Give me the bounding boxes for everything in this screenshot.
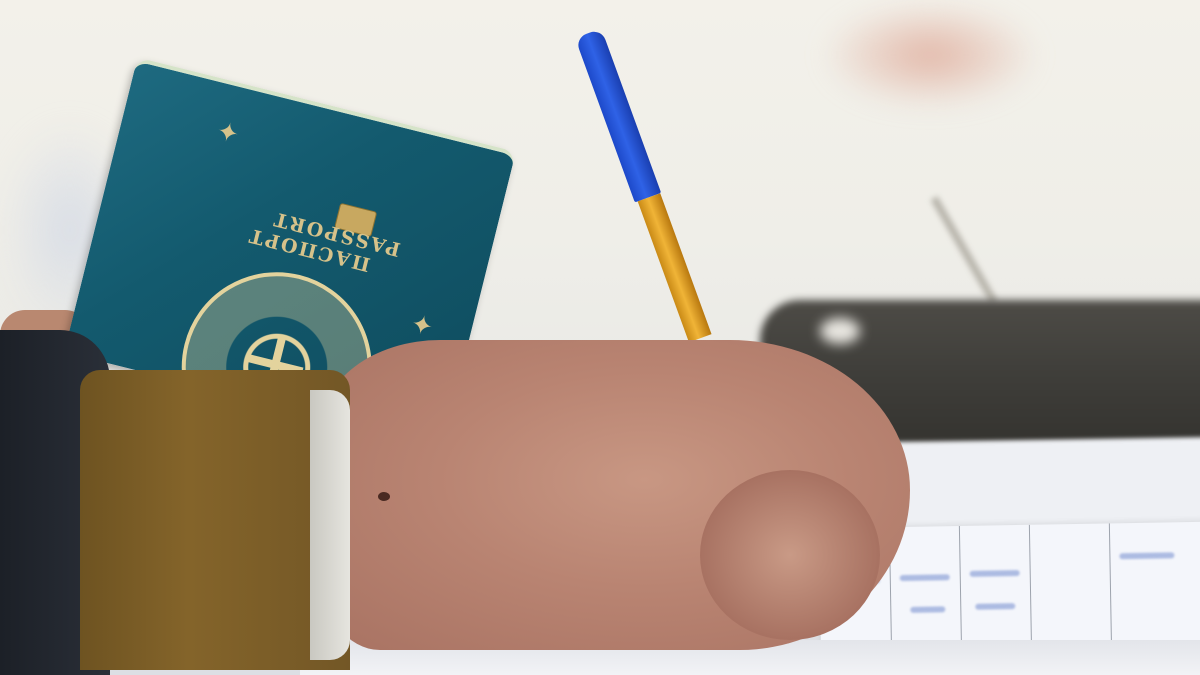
- skin-mole: [378, 492, 390, 501]
- pen-barrel: [638, 193, 712, 342]
- handwriting: [970, 570, 1020, 577]
- handwriting: [910, 606, 945, 613]
- hand-knuckles: [700, 470, 880, 640]
- sleeve-cuff-rib: [310, 390, 350, 660]
- background-object: [931, 196, 998, 304]
- pen: [575, 28, 714, 348]
- background-blur-person: [820, 0, 1040, 110]
- photo-scene: ✦ ✦ PASSPORT ПАСПОРТ: [0, 0, 1200, 675]
- pen-cap: [575, 28, 661, 202]
- form-column-line: [1029, 525, 1032, 655]
- eagle-icon: ✦: [214, 113, 242, 147]
- handwriting: [1119, 552, 1174, 559]
- eagle-icon: ✦: [408, 306, 436, 340]
- background-paper: [880, 437, 1200, 533]
- form-column-line: [959, 526, 962, 656]
- handwriting: [975, 603, 1015, 610]
- wallet-highlight: [820, 318, 860, 344]
- handwriting: [900, 574, 950, 581]
- form-column-line: [1109, 523, 1112, 653]
